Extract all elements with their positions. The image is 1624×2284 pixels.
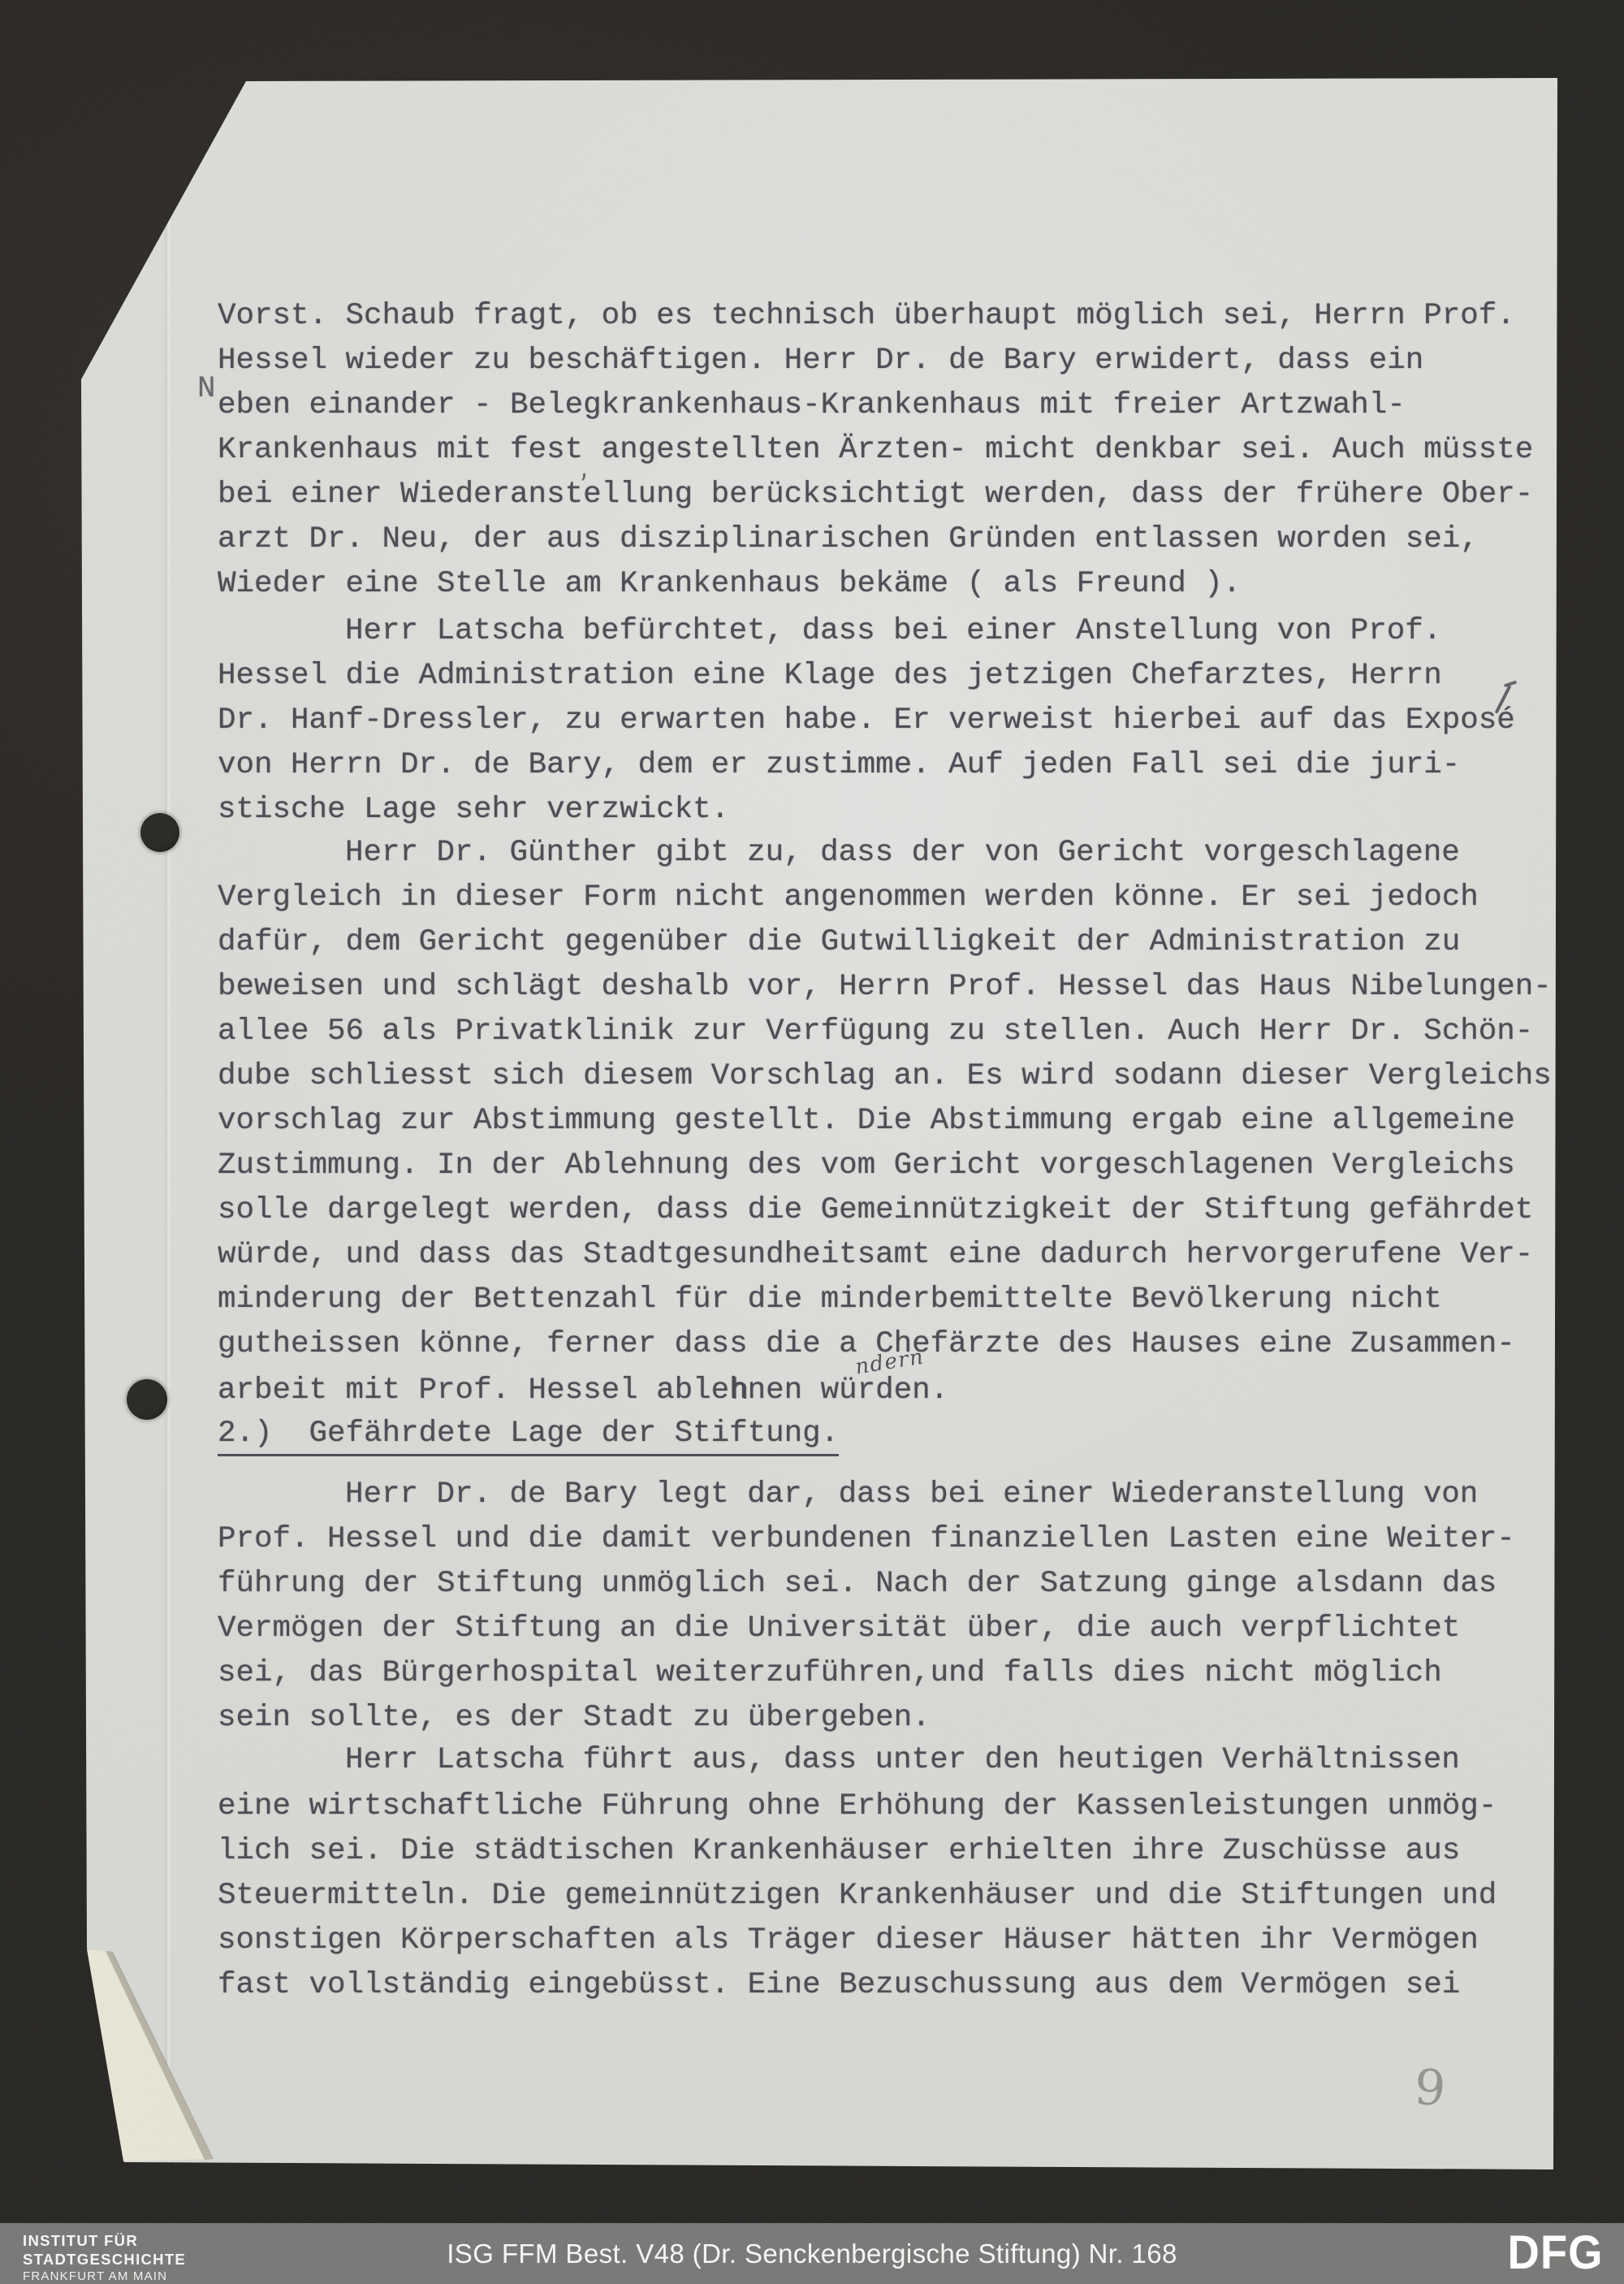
typewriter-line-14: Vergleich in dieser Form nicht angenomme…: [218, 880, 1479, 915]
typewriter-line-10: Dr. Hanf-Dressler, zu erwarten habe. Er …: [218, 703, 1515, 738]
typewriter-line-31: sei, das Bürgerhospital weiterzuführen,u…: [218, 1656, 1442, 1691]
typewriter-line-3: eben einander - Belegkrankenhaus-Kranken…: [218, 388, 1406, 423]
typewriter-line-36: Steuermitteln. Die gemeinnützigen Kranke…: [218, 1879, 1497, 1914]
typewriter-line-17: allee 56 als Privatklinik zur Verfügung …: [218, 1014, 1533, 1049]
typewriter-line-5: bei einer Wiederanstellung berücksichtig…: [218, 478, 1533, 513]
typewriter-line-6: arzt Dr. Neu, der aus disziplinarischen …: [218, 522, 1479, 557]
typewriter-line-33: Herr Latscha führt aus, dass unter den h…: [345, 1743, 1460, 1778]
typewriter-line-20: Zustimmung. In der Ablehnung des vom Ger…: [218, 1148, 1515, 1183]
typewriter-line-15: dafür, dem Gericht gegenüber die Gutwill…: [218, 925, 1460, 960]
archive-scan-page: Vorst. Schaub fragt, ob es technisch übe…: [0, 0, 1624, 2284]
superscript-n-correction: N: [197, 372, 216, 406]
archive-reference-label: ISG FFM Best. V48 (Dr. Senckenbergische …: [0, 2223, 1624, 2284]
typewriter-line-32: sein sollte, es der Stadt zu übergeben.: [218, 1701, 931, 1736]
typewriter-line-29: führung der Stiftung unmöglich sei. Nach…: [218, 1567, 1497, 1602]
typewriter-line-22: würde, und dass das Stadtgesundheitsamt …: [218, 1238, 1533, 1273]
paper-crease-line: [163, 81, 171, 2162]
punch-hole-top: [140, 813, 179, 852]
typewriter-line-19: vorschlag zur Abstimmung gestellt. Die A…: [218, 1104, 1515, 1139]
archive-footer-bar: INSTITUT FÜR STADTGESCHICHTE FRANKFURT A…: [0, 2223, 1624, 2284]
typewriter-line-9: Hessel die Administration eine Klage des…: [218, 659, 1442, 694]
typewriter-line-1: Vorst. Schaub fragt, ob es technisch übe…: [218, 299, 1515, 334]
scanned-document-sheet: Vorst. Schaub fragt, ob es technisch übe…: [0, 0, 1624, 2284]
typewriter-line-28: Prof. Hessel und die damit verbundenen f…: [218, 1522, 1515, 1557]
typewriter-line-21: solle dargelegt werden, dass die Gemeinn…: [218, 1193, 1533, 1228]
typewriter-line-16: beweisen und schlägt deshalb vor, Herrn …: [218, 970, 1552, 1005]
typewriter-line-8: Herr Latscha befürchtet, dass bei einer …: [345, 614, 1441, 649]
typewriter-line-37: sonstigen Körperschaften als Träger dies…: [218, 1923, 1479, 1958]
pencil-page-number: 9: [1413, 2059, 1448, 2117]
typewriter-line-26: 2.) Gefährdete Lage der Stiftung.: [218, 1417, 839, 1456]
dfg-logo: DFG: [1507, 2226, 1603, 2280]
typewriter-line-38: fast vollständig eingebüsst. Eine Bezusc…: [218, 1968, 1460, 2003]
overtyped-character: h: [731, 1374, 749, 1408]
typewriter-line-18: dube schliesst sich diesem Vorschlag an.…: [218, 1059, 1552, 1094]
typewriter-line-30: Vermögen der Stiftung an die Universität…: [218, 1611, 1460, 1646]
typewriter-line-4: Krankenhaus mit fest angestellten Ärzten…: [218, 433, 1533, 468]
typewriter-line-25: arbeit mit Prof. Hessel ablehnen würden.: [218, 1373, 948, 1408]
typewriter-line-35: lich sei. Die städtischen Krankenhäuser …: [218, 1834, 1460, 1869]
typewriter-line-13: Herr Dr. Günther gibt zu, dass der von G…: [345, 836, 1460, 871]
typewriter-line-12: stische Lage sehr verzwickt.: [218, 793, 729, 828]
typewriter-line-34: eine wirtschaftliche Führung ohne Erhöhu…: [218, 1789, 1497, 1824]
typewriter-line-27: Herr Dr. de Bary legt dar, dass bei eine…: [345, 1477, 1478, 1512]
typewriter-line-11: von Herrn Dr. de Bary, dem er zustimme. …: [218, 748, 1460, 783]
typewriter-line-23: minderung der Bettenzahl für die minderb…: [218, 1283, 1442, 1317]
typewriter-line-7: Wieder eine Stelle am Krankenhaus bekäme…: [218, 567, 1241, 602]
punch-hole-bottom: [127, 1379, 167, 1420]
typewriter-line-2: Hessel wieder zu beschäftigen. Herr Dr. …: [218, 344, 1423, 379]
